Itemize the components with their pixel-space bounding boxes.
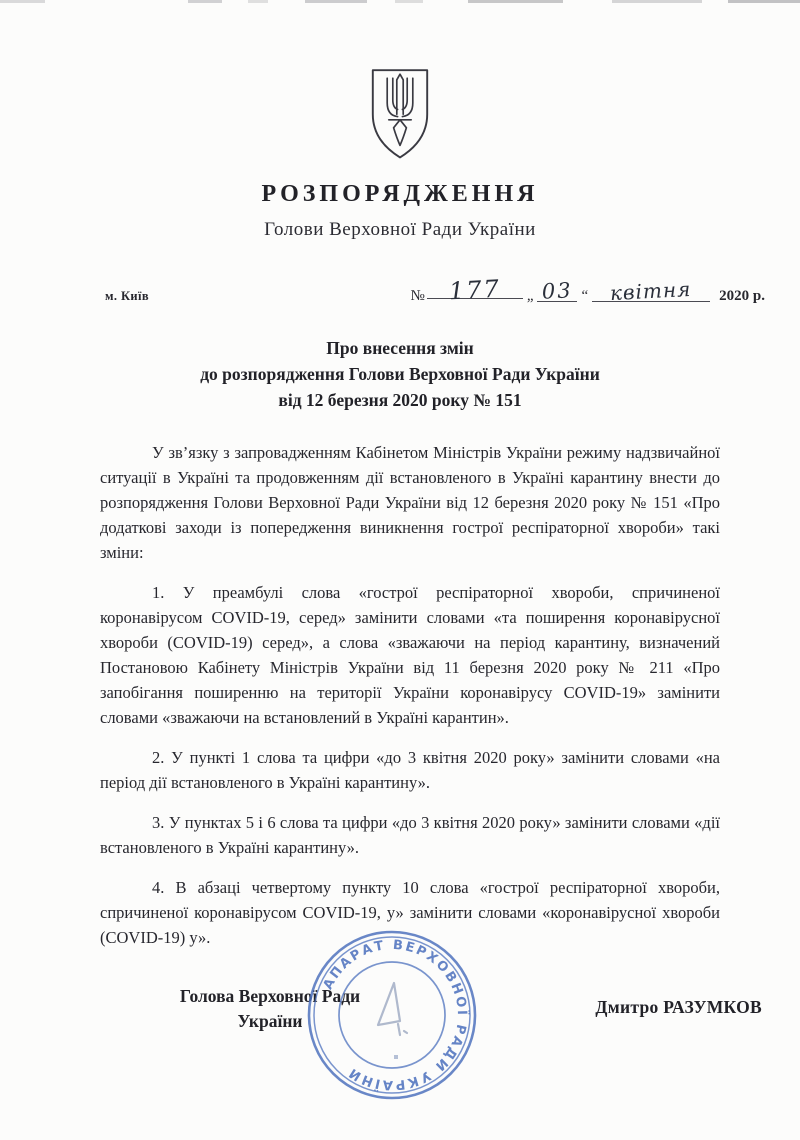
doc-number-blank: 177: [427, 278, 523, 299]
paragraph-item-3: 3. У пунктах 5 і 6 слова та цифри «до 3 …: [100, 810, 720, 860]
document-page: РОЗПОРЯДЖЕННЯ Голови Верховної Ради Укра…: [0, 0, 800, 1140]
stamp-inner-dot: [394, 1055, 398, 1059]
quote-open: „: [527, 288, 534, 305]
month-blank: квітня: [592, 281, 710, 302]
year-label: 2020 р.: [719, 288, 765, 305]
issuer-subtitle: Голови Верховної Ради України: [0, 219, 800, 241]
signatory-name: Дмитро РАЗУМКОВ: [595, 997, 762, 1018]
paragraph-item-2: 2. У пункті 1 слова та цифри «до 3 квітн…: [100, 745, 720, 795]
signatory-position-line-1: Голова Верховної Ради: [125, 984, 415, 1009]
coat-of-arms: [0, 0, 800, 169]
paragraph-item-4: 4. В абзаці четвертому пункту 10 слова «…: [100, 875, 720, 950]
subject-title: Про внесення змін до розпорядження Голов…: [0, 335, 800, 413]
quote-close: “: [581, 288, 588, 305]
place-label: м. Київ: [105, 289, 149, 304]
subject-line-3: від 12 березня 2020 року № 151: [0, 387, 800, 413]
signatory-position-line-2: України: [125, 1009, 415, 1034]
number-sign: №: [411, 288, 425, 305]
subject-line-1: Про внесення змін: [0, 335, 800, 361]
trident-emblem-icon: [360, 66, 440, 164]
number-date-row: м. Київ № 177 „ 03 “ квітня 2020 р.: [0, 278, 800, 305]
subject-line-2: до розпорядження Голови Верховної Ради У…: [0, 361, 800, 387]
day-handwritten: 03: [541, 278, 573, 304]
doc-number-handwritten: 177: [448, 275, 501, 306]
month-handwritten: квітня: [610, 277, 693, 305]
paragraph-item-1: 1. У преамбулі слова «гострої респіратор…: [100, 580, 720, 730]
paragraph-preamble: У зв’язку з запровадженням Кабінетом Мін…: [100, 440, 720, 565]
day-blank: 03: [537, 281, 577, 302]
doc-type-title: РОЗПОРЯДЖЕННЯ: [0, 181, 800, 208]
signatory-position: Голова Верховної Ради України: [125, 984, 415, 1034]
number-date-group: № 177 „ 03 “ квітня 2020 р.: [411, 278, 766, 305]
document-body: У зв’язку з запровадженням Кабінетом Мін…: [0, 440, 800, 950]
